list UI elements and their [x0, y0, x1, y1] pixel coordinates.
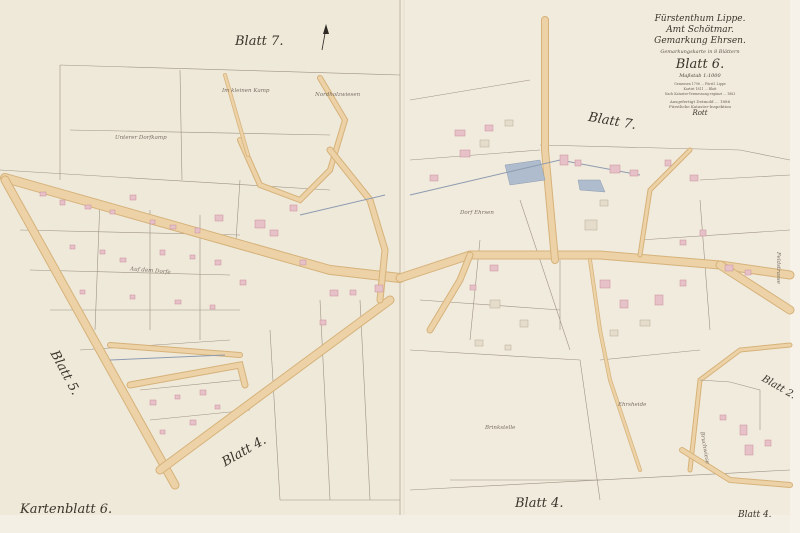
- title-line2: Amt Schötmar.: [610, 25, 790, 36]
- scale-label: Maßstab 1:1000: [610, 73, 790, 79]
- sheet-number: Blatt 6.: [610, 57, 790, 72]
- village-label: Dorf Ehrsen: [460, 210, 494, 216]
- title-line3: Gemarkung Ehrsen.: [610, 36, 790, 47]
- label-blatt7-top: Blatt 7.: [235, 34, 283, 49]
- field-label: Brinkstelle: [485, 425, 515, 431]
- field-label: Unterer Dorfkamp: [115, 135, 167, 141]
- title-block: Fürstenthum Lippe. Amt Schötmar. Gemarku…: [610, 14, 790, 117]
- title-subtitle: Gemarkungskarte in 8 Blättern: [610, 49, 790, 55]
- label-blatt4-center: Blatt 4.: [515, 496, 563, 511]
- cadastral-map: Blatt 7. Blatt 7. Blatt 5. Blatt 4. Blat…: [0, 0, 800, 533]
- field-label: Nordholzwiesen: [315, 92, 360, 98]
- label-kartenblatt: Kartenblatt 6.: [20, 502, 112, 517]
- title-line1: Fürstenthum Lippe.: [610, 14, 790, 25]
- field-label: Feldstrasse: [775, 252, 781, 284]
- note-line: Nach Kataster-Vermessung ergänzt ... 188…: [610, 92, 790, 97]
- signature: Rott: [610, 109, 790, 117]
- field-label: Im kleinen Kamp: [222, 88, 269, 94]
- label-blatt4-corner: Blatt 4.: [738, 510, 772, 520]
- field-label: Ehrsheide: [618, 402, 646, 408]
- pond: [578, 180, 605, 192]
